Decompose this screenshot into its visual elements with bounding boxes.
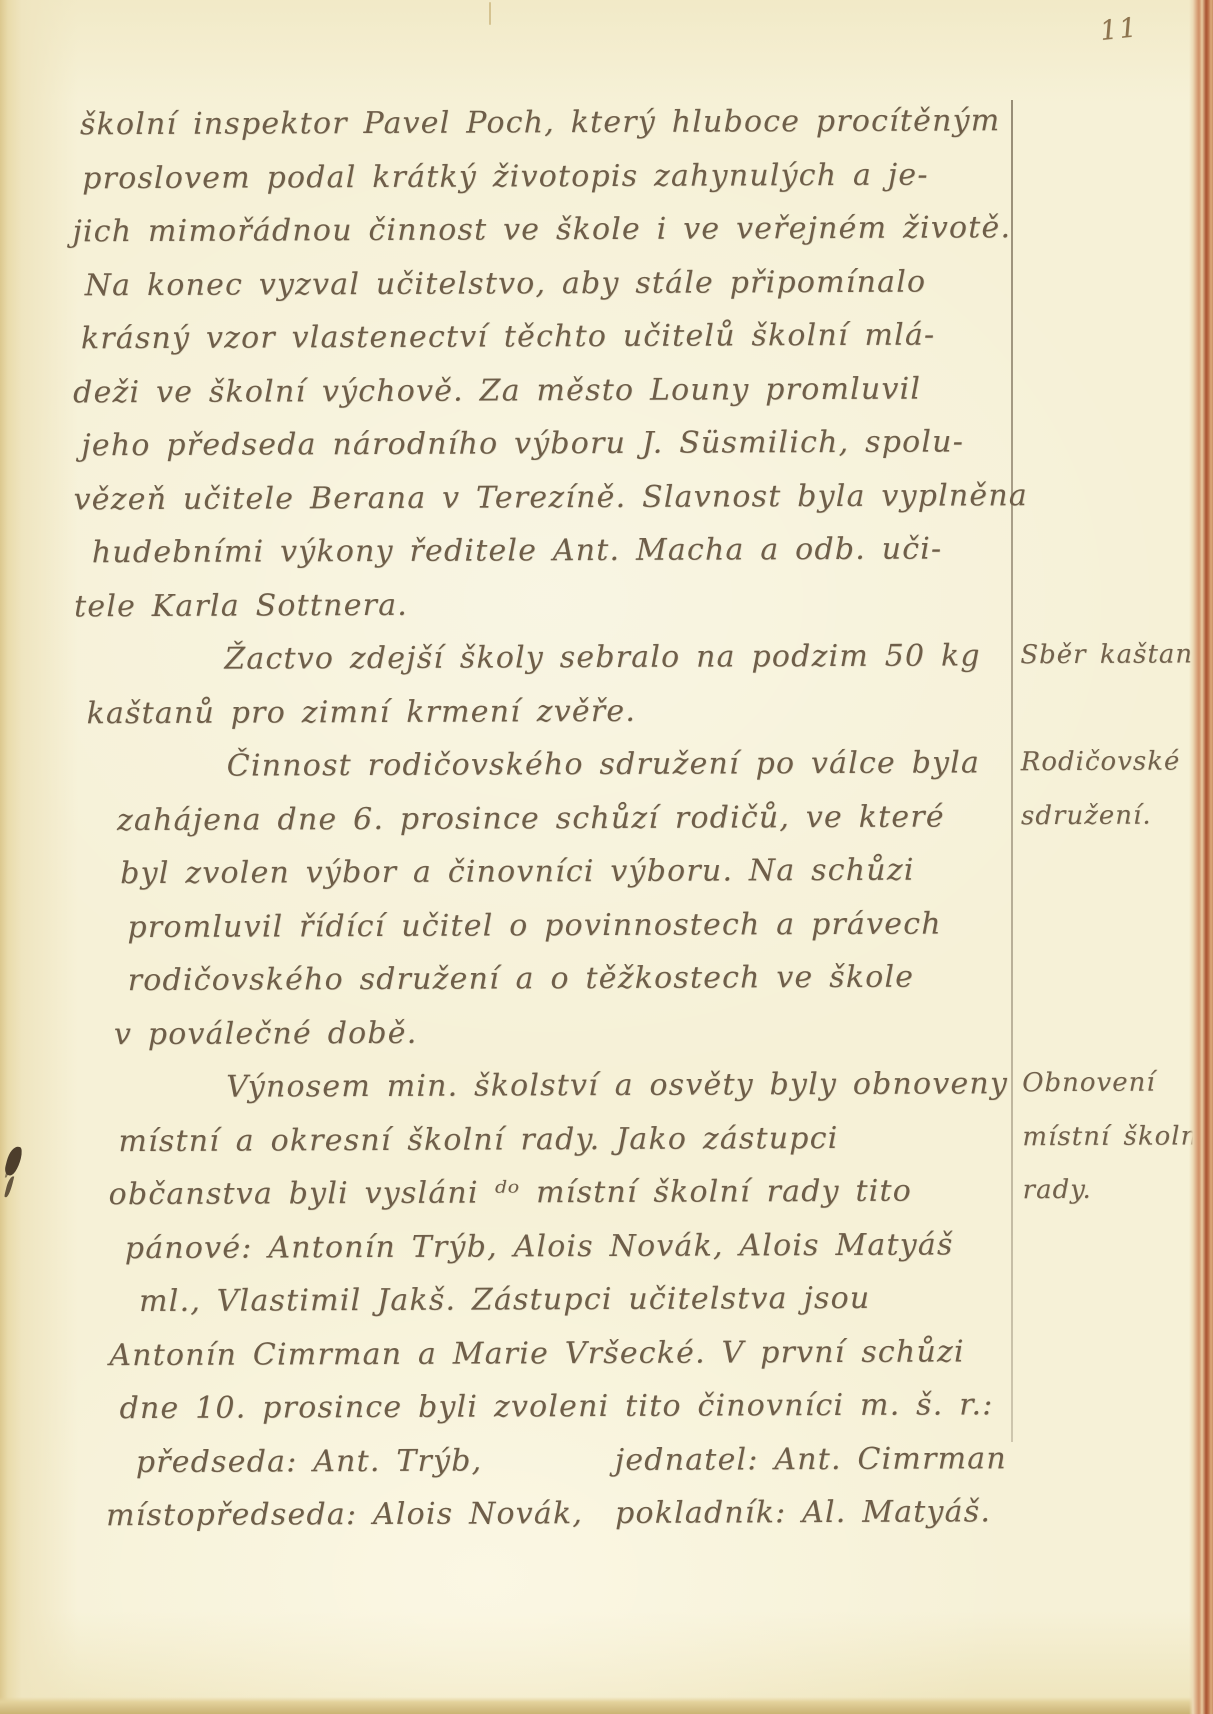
text-row: rodičovského sdružení a o těžkostech ve … (1, 949, 1213, 1008)
text-line: ml., Vlastimil Jakš. Zástupci učitelstva… (2, 1271, 1014, 1329)
text-row: předseda: Ant. Trýb,jednatel: Ant. Cimrm… (3, 1431, 1213, 1490)
text-line: jich mimořádnou činnost ve škole i ve ve… (0, 201, 1010, 259)
text-row: vězeň učitele Berana v Terezíně. Slavnos… (0, 468, 1212, 527)
text-line: pánové: Antonín Trýb, Alois Novák, Alois… (2, 1218, 1014, 1276)
text-line: krásný vzor vlastenectví těchto učitelů … (0, 308, 1010, 366)
margin-note (1010, 254, 1211, 308)
text-line: zahájena dne 6. prosince schůzí rodičů, … (0, 790, 1012, 848)
text-line: Činnost rodičovského sdružení po válce b… (0, 736, 1012, 794)
text-line: školní inspektor Pavel Poch, který hlubo… (0, 94, 1009, 152)
text-row: občanstva byli vysláni ᵈᵒ místní školní … (2, 1163, 1213, 1222)
text-line-right: jednatel: Ant. Cimrman (615, 1432, 1007, 1487)
margin-note (1012, 896, 1213, 950)
margin-note (1010, 468, 1211, 522)
text-line: místopředseda: Alois Novák,pokladník: Al… (3, 1485, 1015, 1543)
text-line: proslovem podal krátký životopis zahynul… (0, 148, 1009, 206)
margin-note: rady. (1014, 1163, 1213, 1217)
document-page: 11 školní inspektor Pavel Poch, který hl… (0, 0, 1213, 1714)
text-row: kaštanů pro zimní krmení zvěře. (0, 682, 1213, 741)
text-line: Žactvo zdejší školy sebralo na podzim 50… (0, 629, 1011, 687)
margin-note: Obnovení (1013, 1056, 1213, 1110)
margin-note (1009, 93, 1210, 147)
text-line: Na konec vyzval učitelstvo, aby stále př… (0, 255, 1010, 313)
text-line: v poválečné době. (1, 1004, 1013, 1062)
text-line-left: předseda: Ant. Trýb, (136, 1443, 483, 1480)
margin-note (1013, 1003, 1213, 1057)
margin-note (1011, 682, 1212, 736)
margin-note (1010, 414, 1211, 468)
text-row: Činnost rodičovského sdružení po válce b… (0, 735, 1213, 794)
page-number: 11 (1098, 12, 1139, 47)
margin-note (1011, 521, 1212, 575)
text-row: deži ve školní výchově. Za město Louny p… (0, 361, 1211, 420)
text-row: krásný vzor vlastenectví těchto učitelů … (0, 307, 1211, 366)
right-page-edge (1189, 0, 1213, 1714)
margin-note (1014, 1217, 1213, 1271)
text-row: proslovem podal krátký životopis zahynul… (0, 147, 1210, 206)
text-line: dne 10. prosince byli zvoleni tito činov… (2, 1378, 1014, 1436)
text-row: zahájena dne 6. prosince schůzí rodičů, … (0, 789, 1213, 848)
margin-note (1014, 1270, 1213, 1324)
text-line: tele Karla Sottnera. (0, 576, 1011, 634)
text-line: místní a okresní školní rady. Jako zástu… (1, 1111, 1013, 1169)
text-row: v poválečné době. (1, 1003, 1213, 1062)
text-line: byl zvolen výbor a činovníci výboru. Na … (0, 843, 1012, 901)
text-line: občanstva byli vysláni ᵈᵒ místní školní … (2, 1164, 1014, 1222)
text-line-right: pokladník: Al. Matyáš. (615, 1485, 991, 1540)
bottom-page-edge (0, 1697, 1213, 1714)
margin-note: místní školní (1013, 1110, 1213, 1164)
text-row: jeho předseda národního výboru J. Süsmil… (0, 414, 1211, 473)
text-row: promluvil řídící učitel o povinnostech a… (0, 896, 1213, 955)
text-row: Výnosem min. školství a osvěty byly obno… (1, 1056, 1213, 1115)
text-line: vězeň učitele Berana v Terezíně. Slavnos… (0, 469, 1011, 527)
text-row: Žactvo zdejší školy sebralo na podzim 50… (0, 628, 1212, 687)
text-row: dne 10. prosince byli zvoleni tito činov… (2, 1377, 1213, 1436)
text-line: promluvil řídící učitel o povinnostech a… (0, 897, 1012, 955)
margin-note (1010, 307, 1211, 361)
text-line: jeho předseda národního výboru J. Süsmil… (0, 415, 1010, 473)
margin-note (1009, 200, 1210, 254)
margin-note (1010, 361, 1211, 415)
text-row: tele Karla Sottnera. (0, 575, 1212, 634)
top-edge-mark (489, 2, 491, 25)
text-row: pánové: Antonín Trýb, Alois Novák, Alois… (2, 1217, 1213, 1276)
text-line: rodičovského sdružení a o těžkostech ve … (1, 950, 1013, 1008)
margin-note (1014, 1377, 1213, 1431)
handwritten-text-block: školní inspektor Pavel Poch, který hlubo… (0, 93, 1213, 1543)
text-row: školní inspektor Pavel Poch, který hlubo… (0, 93, 1210, 152)
margin-note (1012, 842, 1213, 896)
text-row: místní a okresní školní rady. Jako zástu… (1, 1110, 1213, 1169)
margin-note (1009, 147, 1210, 201)
text-line: deži ve školní výchově. Za město Louny p… (0, 362, 1010, 420)
text-line-left: místopředseda: Alois Novák, (106, 1496, 583, 1533)
margin-note: Rodičovské (1012, 735, 1213, 789)
text-row: místopředseda: Alois Novák,pokladník: Al… (3, 1484, 1213, 1543)
text-row: ml., Vlastimil Jakš. Zástupci učitelstva… (2, 1270, 1213, 1329)
text-line: Antonín Cimrman a Marie Vršecké. V první… (2, 1325, 1014, 1383)
margin-note (1014, 1324, 1213, 1378)
text-line: předseda: Ant. Trýb,jednatel: Ant. Cimrm… (3, 1432, 1015, 1490)
margin-note: sdružení. (1012, 789, 1213, 843)
text-line: kaštanů pro zimní krmení zvěře. (0, 683, 1012, 741)
text-line: hudebními výkony ředitele Ant. Macha a o… (0, 522, 1011, 580)
text-row: Na konec vyzval učitelstvo, aby stále př… (0, 254, 1211, 313)
text-row: jich mimořádnou činnost ve škole i ve ve… (0, 200, 1211, 259)
margin-note (1015, 1431, 1213, 1485)
text-row: Antonín Cimrman a Marie Vršecké. V první… (2, 1324, 1213, 1383)
text-row: byl zvolen výbor a činovníci výboru. Na … (0, 842, 1213, 901)
margin-note (1015, 1484, 1213, 1538)
text-line: Výnosem min. školství a osvěty byly obno… (1, 1057, 1013, 1115)
text-row: hudebními výkony ředitele Ant. Macha a o… (0, 521, 1212, 580)
margin-note (1011, 575, 1212, 629)
margin-note (1013, 949, 1213, 1003)
margin-note: Sběr kaštanů. (1011, 628, 1213, 682)
